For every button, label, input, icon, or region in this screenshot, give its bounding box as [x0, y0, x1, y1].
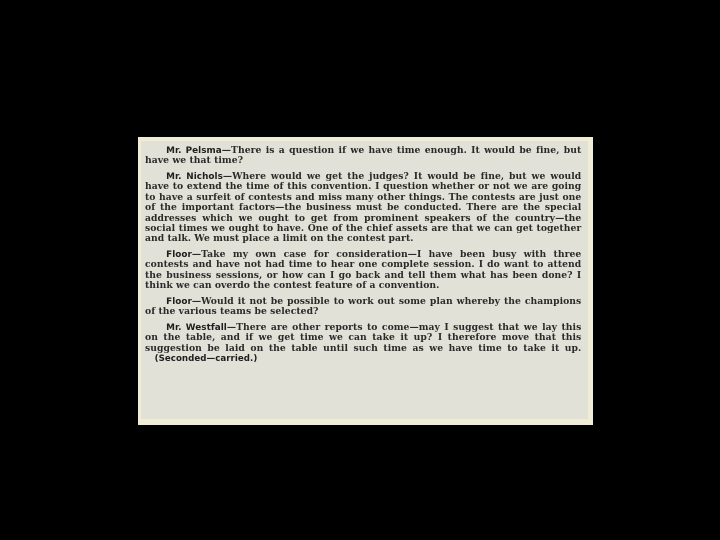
paragraph-floor-1: Floor—Take my own case for consideration… [145, 250, 581, 292]
speaker-name: Floor [166, 296, 192, 307]
speaker-name: Floor [166, 249, 192, 260]
paragraph-text: —Would it not be possible to work out so… [145, 296, 581, 317]
paragraph-pelsma: Mr. Pelsma—There is a question if we hav… [145, 146, 581, 167]
motion-note: (Seconded—carried.) [155, 354, 258, 364]
paragraph-westfall: Mr. Westfall—There are other reports to … [145, 323, 581, 365]
paragraph-floor-2: Floor—Would it not be possible to work o… [145, 297, 581, 318]
paragraph-nichols: Mr. Nichols—Where would we get the judge… [145, 172, 581, 245]
speaker-name: Mr. Pelsma [166, 145, 222, 156]
page-text-area: Mr. Pelsma—There is a question if we hav… [141, 141, 588, 419]
scanned-page: Mr. Pelsma—There is a question if we hav… [138, 137, 593, 425]
speaker-name: Mr. Nichols [166, 171, 223, 182]
paragraph-text: —Take my own case for consideration—I ha… [145, 249, 581, 291]
paragraph-text: —Where would we get the judges? It would… [145, 171, 581, 244]
speaker-name: Mr. Westfall [166, 322, 227, 333]
